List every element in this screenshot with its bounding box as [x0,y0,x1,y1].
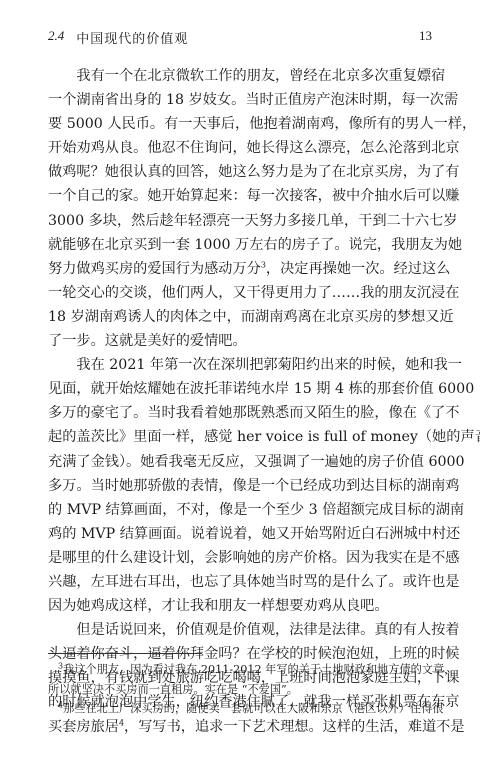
text-line: 充满了金钱）。她看我毫无反应，又强调了一遍她的房子价值 6000 [48,450,432,474]
footnote-divider [48,653,202,654]
text-line: 开始劝鸡从良。他忍不住询问，她长得这么漂亮，怎么沦落到北京 [48,136,432,160]
section-title: 中国现代的价值观 [76,28,188,47]
footnote-text: 我这个朋友，因为看过我在 2011-2012 年写的关于土地财政和地方债的文章， [63,663,455,676]
text-line: 因为她鸡成这样，才让我和朋友一样想要劝鸡从良吧。 [48,594,432,618]
text-line: 一轮交心的交谈，他们两人，又干得更用力了……我的朋友沉浸在 [48,281,432,305]
paragraph-1: 我有一个在北京微软工作的朋友，曾经在北京多次重复嫖宿 一个湖南省出身的 18 岁… [48,64,432,353]
text-line: 一个湖南省出身的 18 岁妓女。当时正值房产泡沫时期，每一次需 [48,88,432,112]
paragraph-2: 我在 2021 年第一次在深圳把郭菊阳约出来的时候，她和我一 见面，就开始炫耀她… [48,353,432,618]
text-line: 的 MVP 结算画面，不对，像是一个至少 3 倍超额完成目标的湖南 [48,498,432,522]
text-segment: ，写写书，追求一下艺术理想。这样的生活，难道不是 [124,719,465,735]
text-line: 多万的豪宅了。当时我看着她那既熟悉而又陌生的脸，像在《了不 [48,401,432,425]
footnotes: 3我这个朋友，因为看过我在 2011-2012 年写的关于土地财政和地方债的文章… [48,660,432,719]
text-line: 但是话说回来，价值观是价值观，法律是法律。真的有人按着 [48,618,432,642]
text-line-with-footnote: 努力做鸡买房的爱国行为感动万分3，决定再操她一次。经过这么 [48,257,432,281]
document-page: 2.4 中国现代的价值观 13 我有一个在北京微软工作的朋友，曾经在北京多次重复… [0,0,480,768]
footnote-line: 所以就坚决不买房而一直租房。实在是 “不爱国”。 [48,680,432,700]
text-line: 一个自己的家。她开始算起来：每一次接客，被中介抽水后可以赚 [48,184,432,208]
text-line: 兴趣，左耳进右耳出，也忘了具体她当时骂的是什么了。或许也是 [48,570,432,594]
text-line: 要 5000 人民币。有一天事后，他抱着湖南鸡，像所有的男人一样， [48,112,432,136]
footnote-line: 4那些在北上广深买房的，随便卖一套就可以在大阪和东京（港区以外）住得很 [48,699,432,719]
footnote-line: 3我这个朋友，因为看过我在 2011-2012 年写的关于土地财政和地方债的文章… [48,660,432,680]
text-line: 起的盖茨比》里面一样，感觉 her voice is full of money… [48,425,432,449]
text-line: 就能够在北京买到一套 1000 万左右的房子了。说完，我朋友为她 [48,233,432,257]
footnote-3: 3我这个朋友，因为看过我在 2011-2012 年写的关于土地财政和地方债的文章… [48,660,432,699]
text-line: 鸡的 MVP 结算画面。说着说着，她又开始骂附近白石洲城中村还 [48,522,432,546]
text-line: 了一步。这就是美好的爱情吧。 [48,329,432,353]
text-segment: 努力做鸡买房的爱国行为感动万分 [48,261,261,277]
running-header: 2.4 中国现代的价值观 13 [48,28,432,48]
footnote-4: 4那些在北上广深买房的，随便卖一套就可以在大阪和东京（港区以外）住得很 [48,699,432,719]
text-line: 做鸡呢？她很认真的回答，她这么努力是为了在北京买房，为了有 [48,160,432,184]
page-number: 13 [419,28,432,44]
section-number: 2.4 [48,28,64,47]
text-line: 3000 多块，然后趁年轻漂亮一天努力多接几单，干到二十六七岁 [48,209,432,233]
text-line: 18 岁湖南鸡诱人的肉体之中，而湖南鸡离在北京买房的梦想又近 [48,305,432,329]
text-segment: ，决定再操她一次。经过这么 [266,261,450,277]
text-segment: 买套房旅居 [48,719,119,735]
footnote-text: 那些在北上广深买房的，随便卖一套就可以在大阪和东京（港区以外）住得很 [63,702,443,715]
text-line: 我有一个在北京微软工作的朋友，曾经在北京多次重复嫖宿 [48,64,432,88]
text-line: 我在 2021 年第一次在深圳把郭菊阳约出来的时候，她和我一 [48,353,432,377]
text-line: 多万。当时她那骄傲的表情，像是一个已经成功到达目标的湖南鸡 [48,474,432,498]
text-line: 是哪里的什么建设计划，会影响她的房产价格。因为我实在是不感 [48,546,432,570]
body-text: 我有一个在北京微软工作的朋友，曾经在北京多次重复嫖宿 一个湖南省出身的 18 岁… [48,64,432,739]
header-left: 2.4 中国现代的价值观 [48,28,188,47]
text-line: 见面，就开始炫耀她在波托菲诺纯水岸 15 期 4 栋的那套价值 6000 [48,377,432,401]
